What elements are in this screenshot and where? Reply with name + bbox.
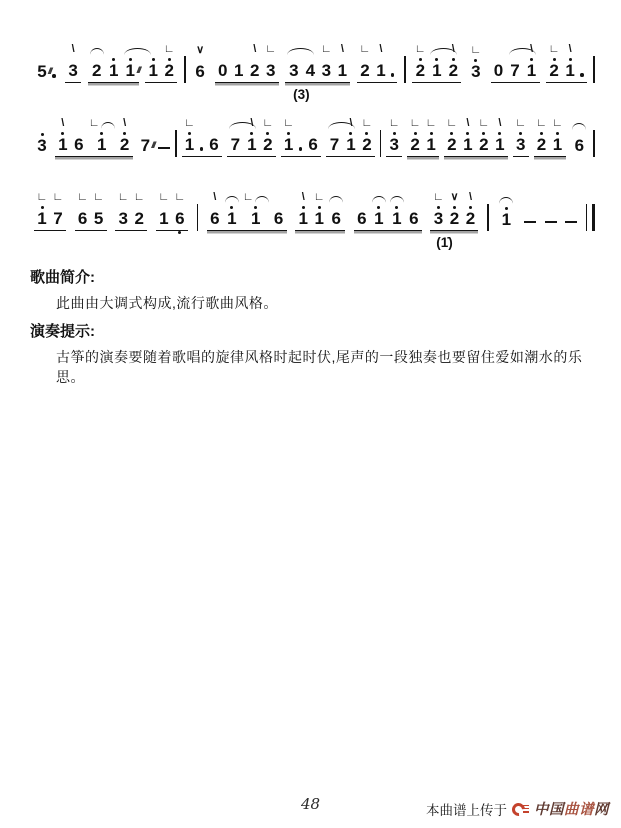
ornament-marks [390, 190, 404, 204]
note: ∟3 [117, 190, 129, 228]
note: ∟1 [283, 116, 295, 154]
note: ∟3 [432, 190, 444, 228]
note: \2 [447, 42, 459, 80]
note: ∟1 [425, 116, 437, 154]
finger-mark-icon: ∟ [415, 44, 426, 55]
finger-mark-icon: \ [569, 44, 572, 55]
ornament-marks [36, 43, 48, 57]
ornament-marks: ∟ [515, 116, 527, 130]
note-digit: 1 [314, 210, 323, 228]
ornament-marks: ∟ [536, 116, 548, 130]
note-digit: 3 [289, 62, 298, 80]
finger-mark-icon: ∟ [283, 118, 294, 129]
note: ∟3 [388, 116, 400, 154]
note-digit: 1 [37, 210, 46, 228]
ornament-marks: \ [564, 42, 576, 56]
augmentation-dot [391, 73, 395, 77]
ornament-marks: ∟ [283, 116, 295, 130]
note-digit: 6 [209, 136, 218, 154]
finger-mark-icon: ∟ [314, 192, 325, 203]
note-digit: 3 [266, 62, 275, 80]
augmentation-dot [299, 147, 303, 151]
note-digit: 1 [374, 210, 383, 228]
ornament-marks: ∟ [313, 190, 325, 204]
site-name: 中国曲谱网 [534, 798, 609, 819]
note: \6 [209, 190, 221, 228]
note: ∟2 [262, 116, 274, 154]
note: 6 [307, 116, 319, 154]
note: \1 [57, 116, 69, 154]
note-digit: 1 [185, 136, 194, 154]
barline [184, 56, 186, 83]
ornament-marks: \ [297, 190, 309, 204]
note-digit: 1 [338, 62, 347, 80]
finger-mark-icon: \ [250, 118, 253, 129]
ornament-marks: ∟ [388, 116, 400, 130]
finger-mark-icon: ∟ [134, 192, 145, 203]
note-group: 1 [497, 191, 515, 231]
finger-mark-icon: ∨ [196, 45, 204, 56]
note-group: ∟2\1 [357, 42, 398, 83]
note-group: 7\1∟2 [326, 116, 375, 157]
note: ∟6 [174, 190, 186, 228]
ornament-marks: ∟ [93, 190, 105, 204]
note-digit: 2 [410, 136, 419, 154]
note: 1/// [124, 42, 137, 80]
finger-mark-icon: ∟ [164, 44, 175, 55]
ornament-marks: ∟ [320, 42, 332, 56]
note-group: 07\1 [491, 42, 540, 83]
ornament-marks [408, 190, 420, 204]
note-group: ∟16 [182, 116, 223, 157]
glissando-icon: /// [151, 140, 154, 150]
ornament-marks: ∟ [243, 190, 269, 204]
ornament-marks: ∟ [52, 190, 64, 204]
note: ∟2 [478, 116, 490, 154]
note-group: ∟1∟6 [156, 190, 188, 231]
note: \1 [494, 116, 506, 154]
ornament-marks [329, 190, 343, 204]
ornament-marks: ∟ [174, 190, 186, 204]
note-digit: 3 [516, 136, 525, 154]
barline [487, 204, 489, 231]
augmentation-dot [200, 147, 204, 151]
ornament-marks: \ [246, 116, 258, 130]
note: \1 [375, 42, 387, 80]
ornament-marks [572, 117, 586, 131]
note: \2 [249, 42, 261, 80]
finger-mark-icon: \ [253, 44, 256, 55]
note-group: 211/// [88, 42, 139, 83]
finger-mark-icon: ∟ [262, 118, 273, 129]
ornament-marks: ∟ [425, 116, 437, 130]
note: 6 [208, 116, 220, 154]
finger-mark-icon: ∟ [118, 192, 129, 203]
ornament-marks: ∟ [470, 43, 482, 57]
note-digit: 2 [549, 62, 558, 80]
note-digit: 3 [68, 62, 77, 80]
ornament-marks: ∟ [446, 116, 458, 130]
ornament-marks: ∟ [359, 42, 371, 56]
note: 4 [304, 42, 316, 80]
watermark: 本曲谱上传于 中国曲谱网 [426, 798, 609, 819]
note-digit: 6 [210, 210, 219, 228]
note-group: ∟2\1 [546, 42, 587, 83]
ornament-marks: ∟ [432, 190, 444, 204]
ornament-marks [36, 117, 48, 131]
finger-mark-icon: ∟ [37, 192, 48, 203]
note: 3 [36, 117, 48, 155]
note-group: ∟3 [468, 43, 484, 83]
finger-mark-icon: ∟ [515, 118, 526, 129]
note-digit: 5 [94, 210, 103, 228]
note-digit: 3 [390, 136, 399, 154]
note-group: ∟2∟1 [534, 116, 566, 157]
note: 7 [328, 116, 341, 154]
performance-tips-heading: 演奏提示: [30, 320, 603, 341]
note: \1 [297, 190, 309, 228]
finger-mark-icon: \ [61, 118, 64, 129]
note-digit: 6 [78, 210, 87, 228]
note-group: \3 [65, 42, 81, 83]
finger-mark-icon: \ [466, 118, 469, 129]
note-digit: 7 [330, 136, 339, 154]
ornament-marks [304, 42, 316, 56]
slur-arc-icon [329, 196, 343, 203]
ornament-marks [73, 116, 85, 130]
note-group: \1∟16 [295, 190, 345, 231]
note-group: ∟3 [513, 116, 529, 157]
slur-arc-icon [101, 122, 115, 129]
note: ∟1 [313, 190, 325, 228]
note: 1 [499, 191, 513, 229]
duration-dash [545, 221, 557, 223]
note: 2 [90, 42, 104, 80]
ornament-marks [208, 116, 220, 130]
note: 3 [287, 42, 300, 80]
finger-mark-icon: ∟ [53, 192, 64, 203]
note: 1 [147, 42, 159, 80]
finger-mark-icon: \ [302, 192, 305, 203]
note: ∟1 [158, 190, 170, 228]
note-digit: 7 [510, 62, 519, 80]
slur-arc-icon [390, 196, 404, 203]
glissando-icon: /// [48, 66, 51, 76]
sheet-music-page: 5///\3211///1∟2∨601\2∟334∟3\1(3)∟2\1∟21\… [0, 0, 621, 828]
note-digit: 2 [92, 62, 101, 80]
note: ∟2 [361, 116, 373, 154]
duration-dash [158, 147, 170, 149]
finger-mark-icon: \ [530, 44, 533, 55]
ornament-marks: ∟ [36, 190, 48, 204]
note: \3 [67, 42, 79, 80]
note: ∟1 [552, 116, 564, 154]
ornament-marks [225, 190, 239, 204]
ornament-marks: \ [336, 42, 348, 56]
slur-arc-icon [225, 196, 239, 203]
ornament-marks: \ [526, 42, 538, 56]
note-digit: 3 [434, 210, 443, 228]
note-digit: 3 [322, 62, 331, 80]
note: ∟2 [409, 116, 421, 154]
note-digit: 1 [227, 210, 236, 228]
note: \2 [119, 116, 131, 154]
note-group: 3 [34, 117, 50, 157]
note-digit: 1 [432, 62, 441, 80]
slur-arc-icon [499, 197, 513, 204]
note: \2 [464, 190, 476, 228]
note-digit: 2 [135, 210, 144, 228]
finger-mark-icon: \ [452, 44, 455, 55]
note: ∟2 [163, 42, 175, 80]
finger-mark-icon: ∟ [321, 44, 332, 55]
note-group: ∟2∟1 [407, 116, 439, 157]
note: ∨2 [448, 190, 460, 228]
note-digit: 1 [234, 62, 243, 80]
ornament-marks: ∟ [89, 116, 115, 130]
watermark-text: 本曲谱上传于 [426, 799, 507, 819]
ornament-marks [233, 42, 245, 56]
note-group: 7\1∟2 [227, 116, 276, 157]
note-digit: 2 [120, 136, 129, 154]
note-digit: 0 [218, 62, 227, 80]
ornament-marks [493, 42, 505, 56]
note: ∟2 [536, 116, 548, 154]
ornament-marks [307, 116, 319, 130]
note-group: ∟3∨2\2(1̇) [430, 190, 478, 231]
note-group: ∟2\1∟2\1 [444, 116, 508, 157]
barline [175, 130, 177, 157]
note: 1 [390, 190, 404, 228]
ornament-marks: \ [57, 116, 69, 130]
ornament-marks: \ [249, 42, 261, 56]
note-digit: 6 [331, 210, 340, 228]
note: ∟2 [359, 42, 371, 80]
note-group: ∟1∟7 [34, 190, 66, 231]
note: 1 [372, 190, 386, 228]
note: 7 [229, 116, 242, 154]
slur-arc-icon [372, 196, 386, 203]
note: ∟2 [414, 42, 426, 80]
note-digit: 2 [449, 62, 458, 80]
note-digit: 1 [159, 210, 168, 228]
note: ∟3 [515, 116, 527, 154]
ornament-marks: ∟ [414, 42, 426, 56]
barline [593, 130, 595, 157]
note: \1 [462, 116, 474, 154]
ornament-marks [229, 116, 242, 130]
ornament-marks: ∟ [409, 116, 421, 130]
performance-tips-body: 古筝的演奏要随着歌唱的旋律风格时起时伏,尾声的一段独奏也要留住爱如潮水的乐思。 [56, 347, 603, 387]
score-line-2: 3\16∟1\27///∟167\1∟2∟167\1∟2∟3∟2∟1∟2\1∟2… [34, 116, 595, 157]
sub-annotation: (1̇) [436, 235, 453, 250]
note: ∟5 [93, 190, 105, 228]
note-digit: 1 [426, 136, 435, 154]
sub-annotation: (3) [293, 87, 310, 102]
score-line-1: 5///\3211///1∟2∨601\2∟334∟3\1(3)∟2\1∟21\… [34, 42, 595, 83]
note-digit: 3 [37, 137, 46, 155]
finger-mark-icon: \ [349, 118, 352, 129]
note-group: 01\2∟3 [215, 42, 279, 83]
ornament-marks: ∟ [478, 116, 490, 130]
note: \1 [345, 116, 357, 154]
note: ∟1 [89, 116, 115, 154]
ornament-marks: \ [494, 116, 506, 130]
note-digit: 1 [392, 210, 401, 228]
note: 1 [225, 190, 239, 228]
note-digit: 6 [195, 63, 204, 81]
ornament-marks [147, 42, 159, 56]
note-digit: 6 [274, 210, 283, 228]
note-digit: 2 [362, 136, 371, 154]
ornament-marks [430, 42, 443, 56]
ornament-marks: \ [464, 190, 476, 204]
finger-mark-icon: ∟ [93, 192, 104, 203]
ornament-marks: \ [345, 116, 357, 130]
finger-mark-icon: ∟ [479, 118, 490, 129]
note: 7 [509, 42, 522, 80]
note-digit: 1 [251, 210, 260, 228]
finger-mark-icon: ∟ [410, 118, 421, 129]
final-barline [586, 204, 595, 231]
ornament-marks: ∟ [133, 190, 145, 204]
ornament-marks: ∟ [548, 42, 560, 56]
note-digit: 6 [409, 210, 418, 228]
finger-mark-icon: ∟ [243, 192, 254, 203]
note-digit: 2 [447, 136, 456, 154]
note-group: \61∟16 [207, 190, 287, 231]
ornament-marks: \ [447, 42, 459, 56]
ornament-marks [356, 190, 368, 204]
note: 0 [217, 42, 229, 80]
glissando-icon: /// [137, 65, 140, 75]
note: ∟1 [184, 116, 196, 154]
note-digit: 6 [575, 137, 584, 155]
note-digit: 1 [298, 210, 307, 228]
note-group: ∨6 [192, 43, 208, 83]
note-digit: 2 [479, 136, 488, 154]
octave-dot-below [178, 231, 181, 234]
ornament-marks: ∟ [117, 190, 129, 204]
ornament-marks: \ [209, 190, 221, 204]
finger-mark-icon: ∟ [433, 192, 444, 203]
note-digit: 3 [471, 63, 480, 81]
note-group: ∟6∟5 [75, 190, 107, 231]
note: 1 [233, 42, 245, 80]
note-group: ∟16 [281, 116, 322, 157]
notes-text-block: 歌曲简介: 此曲由大调式构成,流行歌曲风格。 演奏提示: 古筝的演奏要随着歌唱的… [30, 266, 603, 394]
note-digit: 1 [247, 136, 256, 154]
note: ∟2 [548, 42, 560, 80]
finger-mark-icon: ∟ [77, 192, 88, 203]
finger-mark-icon: ∟ [389, 118, 400, 129]
note-digit: 1 [149, 62, 158, 80]
note-digit: 2 [537, 136, 546, 154]
note-digit: 1 [553, 136, 562, 154]
ornament-marks [90, 42, 104, 56]
note-digit: 1 [495, 136, 504, 154]
note-digit: 1 [502, 211, 511, 229]
note-digit: 4 [306, 62, 315, 80]
note-digit: 1 [97, 136, 106, 154]
note: \1 [564, 42, 576, 80]
slur-arc-icon [572, 123, 586, 130]
score-line-3: ∟1∟7∟6∟5∟3∟2∟1∟6\61∟16\1∟166116∟3∨2\2(1̇… [34, 190, 595, 231]
note-digit: 2 [263, 136, 272, 154]
finger-mark-icon: \ [123, 118, 126, 129]
ornament-marks: ∟ [361, 116, 373, 130]
note: 6 [329, 190, 343, 228]
ornament-marks: ∟ [77, 190, 89, 204]
finger-mark-icon: ∟ [89, 118, 100, 129]
note-digit: 7 [53, 210, 62, 228]
note: ∟6 [77, 190, 89, 228]
note-digit: 2 [416, 62, 425, 80]
finger-mark-icon: ∟ [447, 118, 458, 129]
note: ∟3 [265, 42, 277, 80]
note: 1 [108, 42, 120, 80]
note: 6 [73, 116, 85, 154]
note-digit: 1 [125, 62, 134, 80]
note: 6 [572, 117, 586, 155]
note-digit: 0 [494, 62, 503, 80]
augmentation-dot [52, 74, 56, 78]
finger-mark-icon: ∟ [265, 44, 276, 55]
note-digit: 7 [231, 136, 240, 154]
duration-dash [565, 221, 577, 223]
note: ∟1 [243, 190, 269, 228]
note-digit: 1 [284, 136, 293, 154]
note: \1 [526, 42, 538, 80]
note-digit: 2 [360, 62, 369, 80]
ornament-marks: \ [375, 42, 387, 56]
ornament-marks [124, 42, 137, 56]
note: ∟2 [446, 116, 458, 154]
qupu-site-logo-icon [512, 802, 529, 816]
ornament-marks [108, 42, 120, 56]
finger-mark-icon: ∟ [549, 44, 560, 55]
note-digit: 1 [376, 62, 385, 80]
finger-mark-icon: ∨ [450, 192, 458, 203]
barline [197, 204, 199, 231]
note-digit: 2 [250, 62, 259, 80]
note: ∟3 [320, 42, 332, 80]
note-digit: 1 [463, 136, 472, 154]
note-digit: 1 [58, 136, 67, 154]
note-digit: 6 [74, 136, 83, 154]
finger-mark-icon: ∟ [184, 118, 195, 129]
ornament-marks [499, 191, 513, 205]
finger-mark-icon: ∟ [552, 118, 563, 129]
note-group: ∟21\2 [412, 42, 461, 83]
barline [380, 130, 382, 157]
finger-mark-icon: \ [469, 192, 472, 203]
ornament-marks: ∟ [184, 116, 196, 130]
note: ∟3 [470, 43, 482, 81]
note: ∟1 [36, 190, 48, 228]
note: 6 [408, 190, 420, 228]
note: 0 [493, 42, 505, 80]
barline [404, 56, 406, 83]
note-digit: 1 [527, 62, 536, 80]
ornament-marks: \ [67, 42, 79, 56]
note: 6 [356, 190, 368, 228]
augmentation-dot [580, 73, 584, 77]
ornament-marks: \ [119, 116, 131, 130]
note: \1 [246, 116, 258, 154]
slur-arc-icon [90, 48, 104, 55]
note-group: 6116 [354, 190, 422, 231]
